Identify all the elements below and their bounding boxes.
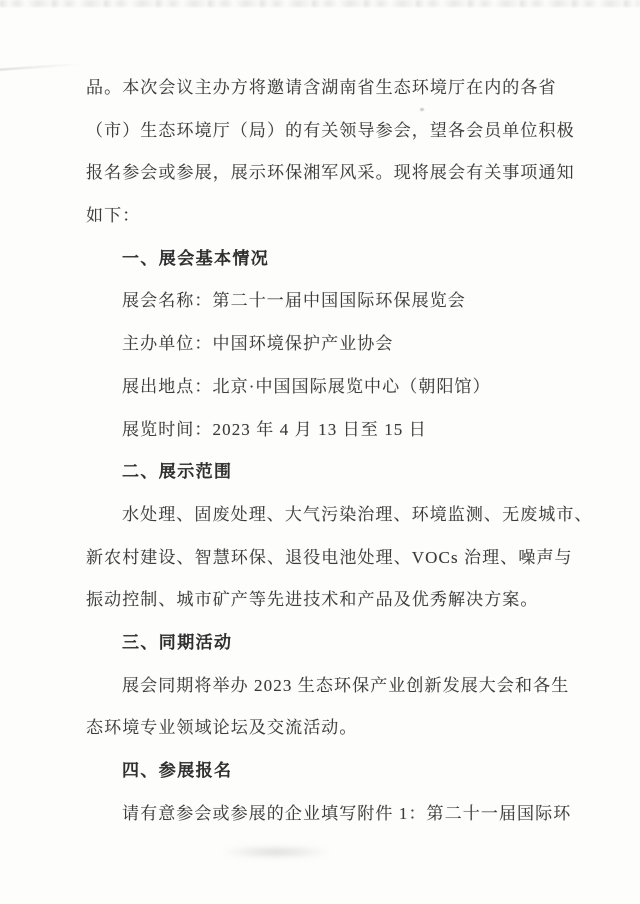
scan-crease-artifact	[0, 63, 80, 71]
scanned-document-page: 品。本次会议主办方将邀请含湖南省生态环境厅在内的各省（市）生态环境厅（局）的有关…	[0, 0, 640, 904]
document-line: 水处理、固废处理、大气污染治理、环境监测、无废城市、	[86, 494, 560, 537]
document-line: 展会名称：第二十一届中国国际环保展览会	[86, 280, 560, 323]
document-line: 振动控制、城市矿产等先进技术和产品及优秀解决方案。	[86, 579, 560, 622]
document-line: 如下：	[86, 195, 560, 238]
document-line: 主办单位：中国环境保护产业协会	[86, 323, 560, 366]
document-line: 展会同期将举办 2023 生态环保产业创新发展大会和各生	[86, 665, 560, 708]
section-heading: 一、展会基本情况	[86, 238, 560, 281]
scan-noise-artifact	[0, 0, 640, 7]
document-line: 态环境专业领域论坛及交流活动。	[86, 707, 560, 750]
document-line: 请有意参会或参展的企业填写附件 1：第二十一届国际环	[86, 793, 560, 836]
document-line: 展出地点：北京·中国国际展览中心（朝阳馆）	[86, 366, 560, 409]
document-line: （市）生态环境厅（局）的有关领导参会，望各会员单位积极	[86, 110, 560, 153]
section-heading: 四、参展报名	[86, 750, 560, 793]
document-line: 展览时间：2023 年 4 月 13 日至 15 日	[86, 409, 560, 452]
section-heading: 三、同期活动	[86, 622, 560, 665]
document-line: 品。本次会议主办方将邀请含湖南省生态环境厅在内的各省	[86, 67, 560, 110]
document-line: 报名参会或参展，展示环保湘军风采。现将展会有关事项通知	[86, 152, 560, 195]
scan-smudge-artifact	[224, 845, 328, 859]
document-line: 新农村建设、智慧环保、退役电池处理、VOCs 治理、噪声与	[86, 537, 560, 580]
document-text-block: 品。本次会议主办方将邀请含湖南省生态环境厅在内的各省（市）生态环境厅（局）的有关…	[86, 67, 560, 835]
section-heading: 二、展示范围	[86, 451, 560, 494]
